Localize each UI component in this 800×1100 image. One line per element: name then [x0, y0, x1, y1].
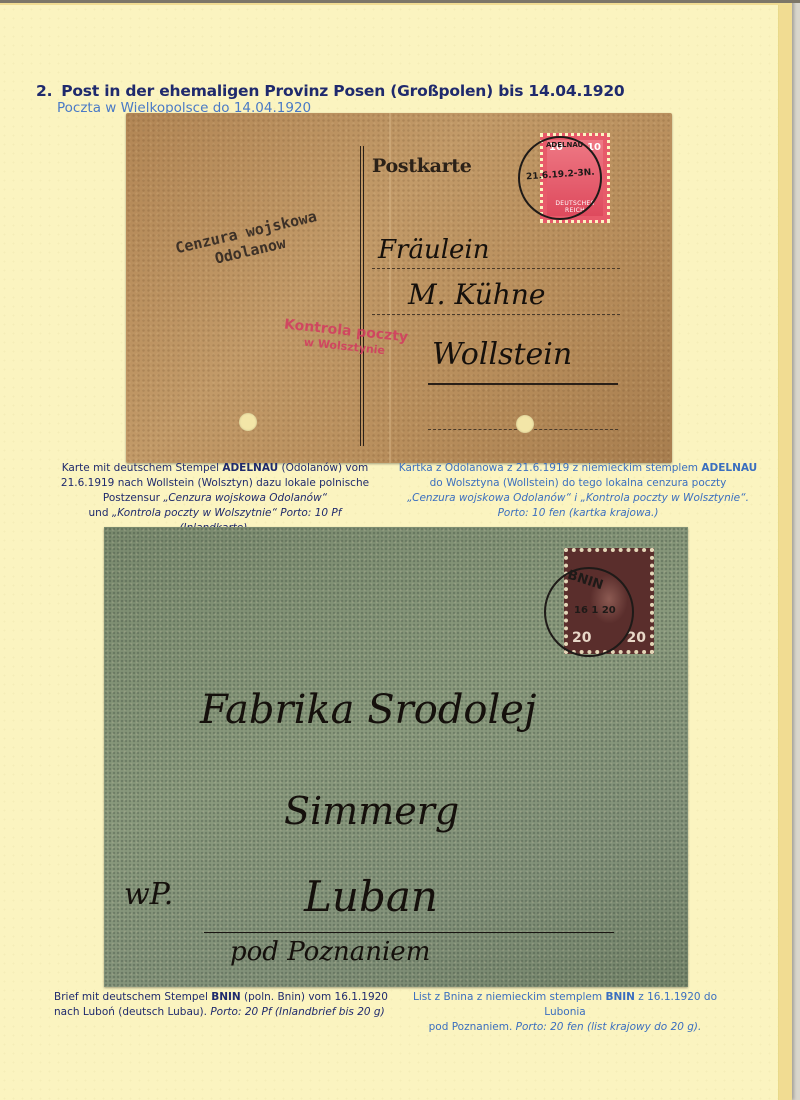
album-page: 2. Post in der ehemaligen Provinz Posen …	[0, 5, 779, 1100]
caption-bold-town: BNIN	[605, 991, 635, 1003]
postcard-caption-pl: Kartka z Odolanowa z 21.6.1919 z niemiec…	[392, 461, 764, 521]
envelope-underline	[204, 932, 614, 933]
caption-italic: Porto: 20 Pf (Inlandbrief bis 20 g)	[210, 1006, 384, 1018]
section-heading: 2. Post in der ehemaligen Provinz Posen …	[36, 82, 625, 100]
postcard-image: Postkarte 10 10 DEUTSCHES REICH 21.6.19.…	[126, 113, 672, 463]
envelope-address-line-1: Fabrika Srodolej	[200, 687, 536, 733]
address-line-1: Fräulein	[378, 235, 489, 265]
caption-italic: Porto: 20 fen (list krajowy do 20 g).	[516, 1021, 702, 1033]
stamp-value-right: 20	[627, 630, 646, 646]
caption-text: Brief mit deutschem Stempel	[54, 991, 211, 1003]
address-line-3: Wollstein	[432, 337, 572, 372]
address-line-2: M. Kühne	[408, 278, 545, 311]
caption-text: Kartka z Odolanowa z 21.6.1919 z niemiec…	[399, 462, 702, 474]
caption-bold-town: ADELNAU	[701, 462, 757, 474]
caption-text: Karte mit deutschem Stempel	[62, 462, 223, 474]
envelope-address-line-3: Luban	[304, 872, 438, 921]
caption-text: do Wolsztyna (Wollstein) do tego lokalna…	[430, 477, 727, 489]
caption-text: (Odolanów) vom	[278, 462, 368, 474]
caption-text: nach Luboń (deutsch Lubau).	[54, 1006, 210, 1018]
envelope-postmark-date: 16 1 20	[574, 605, 616, 616]
section-title-de: Post in der ehemaligen Provinz Posen (Gr…	[61, 82, 624, 100]
caption-italic: Porto: 10 fen (kartka krajowa.)	[498, 507, 659, 519]
envelope-address-line-4: pod Poznaniem	[230, 937, 430, 967]
caption-bold-town: BNIN	[211, 991, 241, 1003]
caption-text: und	[89, 507, 112, 519]
envelope-prefix: wP.	[124, 877, 173, 912]
postcard-caption-de: Karte mit deutschem Stempel ADELNAU (Odo…	[52, 461, 378, 536]
caption-text: (poln. Bnin) vom 16.1.1920	[241, 991, 388, 1003]
album-mount-hole-right	[516, 415, 534, 433]
caption-text: 21.6.1919 nach Wollstein (Wolsztyn) dazu…	[61, 477, 369, 489]
caption-text: pod Poznaniem.	[429, 1021, 516, 1033]
address-rule-1	[372, 268, 620, 269]
postcard-postmark-town: ADELNAU	[546, 141, 583, 149]
postcard-divider-line	[360, 146, 364, 446]
caption-italic: „Cenzura wojskowa Odolanów“ i „Kontrola …	[407, 492, 749, 504]
caption-text: Postzensur	[103, 492, 163, 504]
address-rule-2	[372, 314, 620, 315]
caption-bold-town: ADELNAU	[222, 462, 278, 474]
envelope-image: 20 20 BNIN 16 1 20 Fabrika Srodolej Simm…	[104, 527, 688, 987]
postcard-printed-title: Postkarte	[372, 155, 472, 177]
page-top-edge	[0, 0, 800, 3]
album-mount-hole-left	[239, 413, 257, 431]
address-rule-3	[428, 383, 618, 385]
censor-mark-cenzura-wojskowa: Cenzura wojskowa Odolanow	[174, 207, 323, 277]
envelope-address-line-2: Simmerg	[284, 789, 459, 833]
section-number: 2.	[36, 82, 56, 100]
caption-text: List z Bnina z niemieckim stemplem	[413, 991, 605, 1003]
caption-italic: „Cenzura wojskowa Odolanów“	[163, 492, 327, 504]
envelope-caption-pl: List z Bnina z niemieckim stemplem BNIN …	[395, 990, 735, 1035]
envelope-caption-de: Brief mit deutschem Stempel BNIN (poln. …	[40, 990, 394, 1020]
